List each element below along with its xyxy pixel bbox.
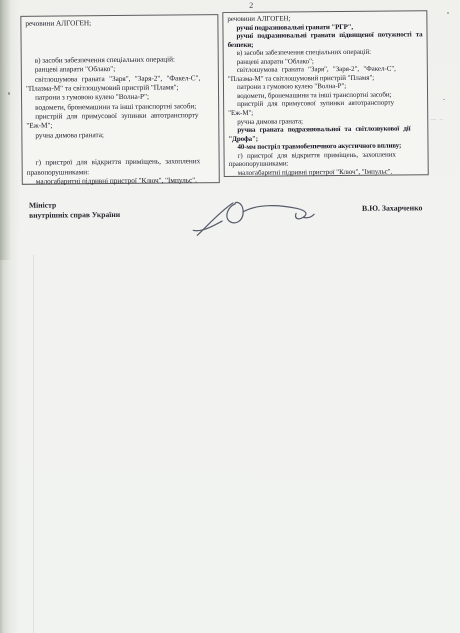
document-content: 2 речовини АЛГОГЕН; в) засоби забезпечен… (0, 0, 460, 633)
signatory-title-line2: внутрішніх справ України (29, 210, 120, 221)
text-line: пристрій для примусової зупинки автотран… (228, 99, 423, 109)
page-number: 2 (249, 1, 253, 10)
pencil-dash-marks: — – (430, 117, 444, 123)
signatory-name: В.Ю. Захарченко (362, 203, 422, 213)
table-cell-right-column: речовини АЛГОГЕН;ручні подразнювальні гр… (222, 10, 428, 177)
text-line: малогабаритні підривні пристрої "Ключ", … (229, 167, 424, 177)
text-line: малогабаритні підривні пристрої "Ключ", … (27, 175, 215, 186)
text-line: ручна граната подразнювальної та світлоз… (228, 124, 423, 134)
scanned-document-page: 2 речовини АЛГОГЕН; в) засоби забезпечен… (0, 0, 460, 633)
text-line: пристрій для примусової зупинки автотран… (26, 110, 214, 121)
text-line: ручні подразнювальні гранати підвищеної … (227, 30, 422, 40)
table-cell-left-column: речовини АЛГОГЕН; в) засоби забезпечення… (20, 14, 219, 185)
text-line: г) пристрої для відкриття приміщень, зах… (27, 157, 215, 168)
handwritten-signature-icon (191, 193, 323, 244)
signatory-title: Міністр внутрішніх справ України (29, 200, 120, 221)
